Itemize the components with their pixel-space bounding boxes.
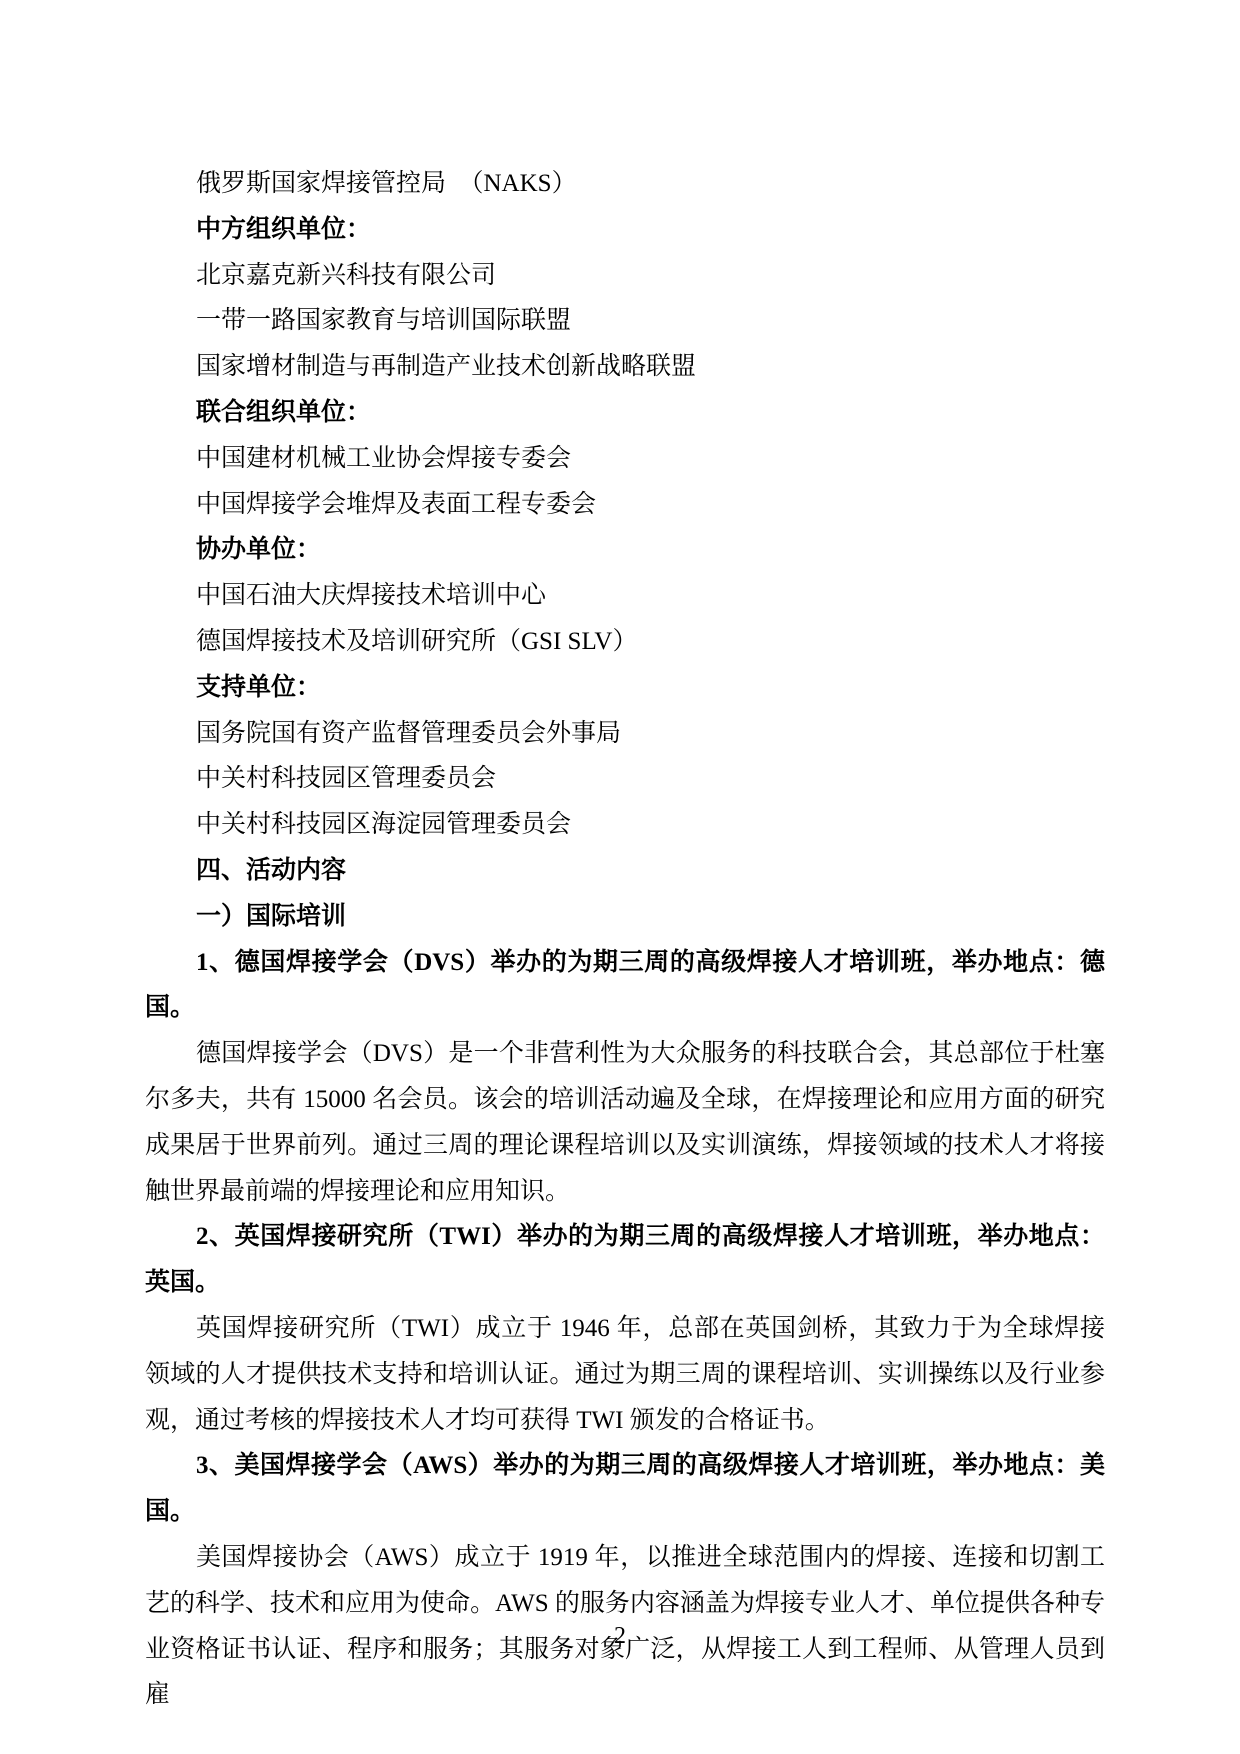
paragraph: 中关村科技园区管理委员会 [145,756,1105,802]
heading-line: 协办单位： [145,527,1105,573]
document-page: 俄罗斯国家焊接管控局 （NAKS）中方组织单位：北京嘉克新兴科技有限公司一带一路… [0,0,1240,1754]
heading-line: 一）国际培训 [145,894,1105,940]
heading-line: 2、英国焊接研究所（TWI）举办的为期三周的高级焊接人才培训班，举办地点：英国。 [145,1214,1105,1306]
paragraph: 德国焊接技术及培训研究所（GSI SLV） [145,619,1105,665]
heading-line: 四、活动内容 [145,848,1105,894]
paragraph: 中关村科技园区海淀园管理委员会 [145,802,1105,848]
paragraph: 国务院国有资产监督管理委员会外事局 [145,711,1105,757]
paragraph: 德国焊接学会（DVS）是一个非营利性为大众服务的科技联合会，其总部位于杜塞尔多夫… [145,1031,1105,1214]
heading-line: 联合组织单位： [145,390,1105,436]
paragraph: 一带一路国家教育与培训国际联盟 [145,298,1105,344]
heading-line: 中方组织单位： [145,207,1105,253]
paragraph: 中国石油大庆焊接技术培训中心 [145,573,1105,619]
paragraph: 国家增材制造与再制造产业技术创新战略联盟 [145,344,1105,390]
paragraph: 英国焊接研究所（TWI）成立于 1946 年，总部在英国剑桥，其致力于为全球焊接… [145,1306,1105,1443]
heading-line: 1、德国焊接学会（DVS）举办的为期三周的高级焊接人才培训班，举办地点：德国。 [145,940,1105,1032]
heading-line: 3、美国焊接学会（AWS）举办的为期三周的高级焊接人才培训班，举办地点：美国。 [145,1443,1105,1535]
paragraph: 北京嘉克新兴科技有限公司 [145,253,1105,299]
paragraph: 俄罗斯国家焊接管控局 （NAKS） [145,161,1105,207]
paragraph: 中国建材机械工业协会焊接专委会 [145,436,1105,482]
heading-line: 支持单位： [145,665,1105,711]
page-number: 2 [0,1622,1240,1650]
document-body: 俄罗斯国家焊接管控局 （NAKS）中方组织单位：北京嘉克新兴科技有限公司一带一路… [145,161,1105,1718]
paragraph: 中国焊接学会堆焊及表面工程专委会 [145,482,1105,528]
